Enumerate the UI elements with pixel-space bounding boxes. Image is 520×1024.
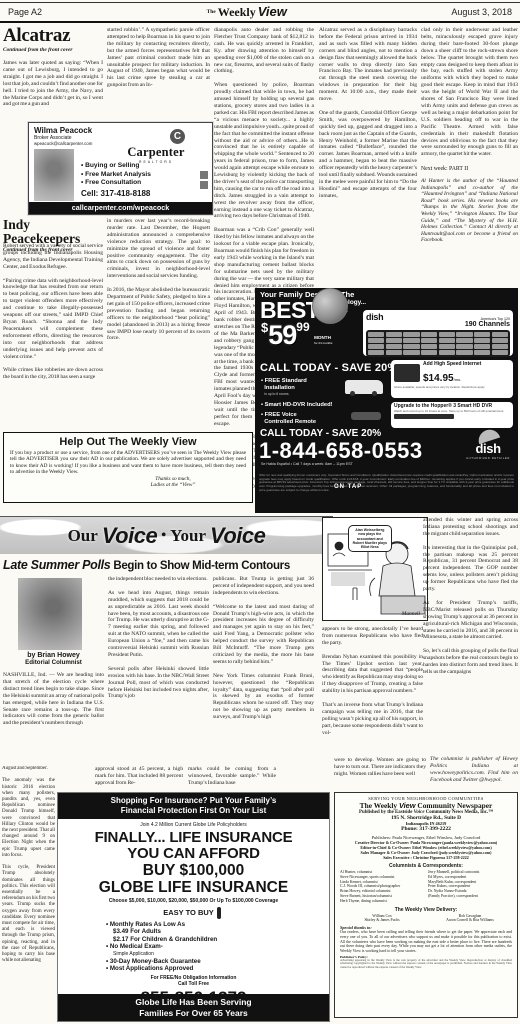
help-sig-line2: Ladies at the “View” <box>151 482 196 488</box>
columnists-heading: Columnists & Correspondents: <box>340 863 512 869</box>
dish-van-image <box>345 380 383 394</box>
delivery-list: William CoxShirley & James Fuchs Bob Gav… <box>340 914 512 924</box>
internet-offer-panel: Add High Speed Internet $14.95/mo. where… <box>391 360 513 398</box>
columnists-right: Jerry Mannell, political cartoonistEd My… <box>428 870 512 904</box>
alcatraz-continued-note: Continued from the front cover <box>3 47 103 53</box>
price-term-note: for 24 months <box>314 341 332 345</box>
alcatraz-headline: Alcatraz <box>3 26 103 46</box>
dish-feature-2: • Smart HD-DVR Included! <box>261 402 389 409</box>
dish-call-today-1: CALL TODAY - SAVE 20% <box>260 362 397 374</box>
globe-bullet-2b: Simple Application <box>106 951 281 958</box>
globe-bullet-2: • No Medical Exam- <box>106 943 281 950</box>
masthead-title: The Weekly View <box>207 4 287 20</box>
subhead-bold: Late Summer Polls <box>3 558 110 572</box>
carpenter-c-icon: C <box>170 129 185 144</box>
special-thanks-text: Our readers, who have been calling and t… <box>340 930 512 954</box>
alcatraz-next-week: Next week: PART II <box>421 166 468 172</box>
price-cents: 99 <box>296 320 309 334</box>
dish-logo-small: dish <box>366 312 383 322</box>
dish-tv-ad: Your Family Deserves The BEST Technology… <box>255 288 518 513</box>
delivery-right: Bob GavaghanAaron Cornell & Rita William… <box>428 914 512 924</box>
dish-wordmark: dish <box>466 441 510 456</box>
dish-hours-line: Se Habla Español • Call 7 days a week: 8… <box>261 462 353 466</box>
peacekeepers-headline: Indy Peacekeepers <box>3 218 105 246</box>
internet-note: where available; speeds and prices vary … <box>394 386 510 389</box>
editorial-colD: appears to be strong, anecdotally I’ve h… <box>322 626 423 763</box>
alcatraz-col2: started robbin’.” A sympathetic parole o… <box>107 27 210 120</box>
globe-bullet-4: • Most Applications Approved <box>106 965 281 972</box>
channel-logo-grid <box>366 330 510 357</box>
masthead-view: View <box>258 4 287 19</box>
globe-bullet-1c: $2.17 For Children & Grandchildren <box>106 936 281 943</box>
dish-best-text: BEST <box>260 299 319 321</box>
internet-price: $14.95 <box>423 373 454 384</box>
phone-receiver-icon <box>217 907 221 919</box>
page-number: Page A2 <box>8 7 42 17</box>
globe-buy-line: BUY $100,000GLOBE LIFE INSURANCE <box>58 862 329 896</box>
columnist-byline: by Brian Howey Editorial Columnist <box>3 652 104 666</box>
banner-dot: • <box>161 528 166 544</box>
agent-phone: Cell: 317-418-8188 <box>81 189 150 198</box>
editorial-strip-b: approval stood at 45 percent, a high mar… <box>95 766 183 790</box>
price-dollars: 59 <box>268 320 296 350</box>
carpenter-logo: C Carpenter REALTORS <box>110 129 202 164</box>
alcatraz-headline-block: Alcatraz Continued from the front cover <box>3 26 103 53</box>
globe-join-line: Join 4.2 Million Current Globe Life Poli… <box>58 822 329 828</box>
remote-control-image <box>351 412 381 420</box>
alcatraz-col4: Alcatraz served as a disciplinary barrac… <box>319 27 417 285</box>
cartoonist-signature: Mannell <box>402 611 420 617</box>
globe-bullet-1b: $3.49 For Adults <box>106 928 281 935</box>
equal-housing-icon <box>200 171 208 179</box>
price-month-label: MONTH <box>314 335 331 340</box>
editorial-strip-left: August and September. The anomaly was th… <box>2 766 55 1022</box>
ad-bullet-1: • Buying or Selling <box>81 162 151 171</box>
carpenter-wordmark: Carpenter <box>110 145 202 160</box>
banner-voice-1: Voice <box>102 523 157 549</box>
cartoon-speech-bubble: Alan Weisselberg now plays the accountan… <box>348 525 392 552</box>
columnist-photo <box>18 578 82 650</box>
editorial-colB: the independent bloc needed to win elect… <box>108 576 209 763</box>
alcatraz-col1: James was later quoted as saying: “When … <box>3 60 103 120</box>
agent-name: Wilma Peacock <box>34 126 92 135</box>
help-out-box: Help Out The Weekly View If you buy a pr… <box>3 432 253 503</box>
masthead-the: The <box>207 9 216 15</box>
peacekeepers-col2: in murders over last year’s record-break… <box>107 218 210 429</box>
globe-header-line2: Financial Protection First On Your List <box>121 806 267 815</box>
help-out-signature: Thanks so much, Ladies at the “View” <box>100 476 246 488</box>
paper-title-line: The Weekly View Community Newspaper <box>340 801 512 810</box>
globe-finally: FINALLY... LIFE INSURANCEYOU CAN AFFORD <box>58 830 329 862</box>
on-tap-label: ON TAP <box>334 484 362 490</box>
role-line-4: Sales Executive : Christine Figueroa 317… <box>340 855 512 860</box>
price-per-month: MONTH for 24 months <box>314 335 332 346</box>
globe-header-line1: Shopping For Insurance? Put Your Family’… <box>111 796 277 805</box>
globe-easy-to-buy: EASY TO BUY <box>58 907 329 919</box>
globe-header: Shopping For Insurance? Put Your Family’… <box>58 793 329 819</box>
publisher-policy-text: Advertising appearing in the Weekly View… <box>340 959 512 970</box>
alcatraz-col5: clad only in their underwear and leather… <box>421 27 518 161</box>
delivery-left: William CoxShirley & James Fuchs <box>340 914 424 924</box>
ad-bullets: • Buying or Selling • Free Market Analys… <box>81 162 151 188</box>
editorial-colC: publicans. But Trump is getting just 36 … <box>213 576 314 763</box>
editorial-colE: attended this winter and spring across I… <box>423 517 518 755</box>
tv-globe-image <box>312 288 348 324</box>
issue-date: August 3, 2018 <box>451 7 512 17</box>
globe-footer-line1: Globe Life Has Been Serving <box>135 997 251 1007</box>
ad-bullet-3: • Free Consultation <box>81 179 151 188</box>
editorial-colA: NASHVILLE, Ind. — We are heading into th… <box>3 672 104 763</box>
columnists-list: Al Hunter, columnistSteve Nicewanger, sp… <box>340 870 512 904</box>
globe-bullet-1: • Monthly Rates As Low As <box>106 921 281 928</box>
banner-our: Our <box>68 526 98 546</box>
channels-count-label: 190 Channels <box>465 321 510 328</box>
newspaper-page: Page A2 The Weekly View August 3, 2018 A… <box>0 0 520 1024</box>
page-header: Page A2 The Weekly View August 3, 2018 <box>0 2 520 23</box>
agent-website: callcarpenter.com/wpeacock <box>29 202 212 214</box>
globe-bullet-list: • Monthly Rates As Low As $3.49 For Adul… <box>106 921 281 973</box>
carpenter-realtor-ad: Wilma Peacock Broker Associate wpeacock@… <box>28 122 213 215</box>
realtor-r-icon <box>200 181 208 189</box>
globe-life-ad: Shopping For Insurance? Put Your Family’… <box>57 792 330 1022</box>
editorial-strip-c: marks could be coming from a winnowed, f… <box>188 766 276 790</box>
globe-free-info: For FREE/No Obligation InformationCall T… <box>58 975 329 987</box>
globe-footer-line2: Families For Over 65 Years <box>139 1008 248 1018</box>
ad-bullet-2: • Free Market Analysis <box>81 171 151 180</box>
subhead-rest: Begin to Show Mid-term Contours <box>110 560 290 572</box>
dish-channels-panel: dish America’s Top 120 190 Channels <box>363 310 513 356</box>
help-out-body: If you buy a product or use a service, f… <box>10 450 246 476</box>
delivery-heading: The Weekly View Delivery: <box>340 907 512 913</box>
byline-role: Editorial Columnist <box>3 659 104 666</box>
hopper-note: Watch and record up to 16 shows at once.… <box>394 410 510 413</box>
dish-price: $5999 MONTH for 24 months <box>261 320 332 351</box>
help-sig-line1: Thanks so much, <box>155 476 190 482</box>
phone-line: Phone: 317-399-2222 <box>340 826 512 832</box>
alcatraz-author-tagline: Al Hunter is the author of the “Haunted … <box>421 178 518 262</box>
agent-photo <box>34 149 74 201</box>
political-cartoon: Alan Weisselberg now plays the accountan… <box>322 517 428 621</box>
peacekeepers-col1: Robert served with a variety of social s… <box>3 243 103 429</box>
agent-email: wpeacock@callcarpenter.com <box>34 141 92 146</box>
dish-disclaimer: Offer for new and qualifying former cust… <box>259 474 514 510</box>
authorized-retailer-label: AUTHORIZED RETAILER <box>466 456 510 460</box>
columnists-left: Al Hunter, columnistSteve Nicewanger, sp… <box>340 870 424 904</box>
globe-bullet-3: • 30-Day Money-Back Guarantee <box>106 958 281 965</box>
dvr-image <box>394 414 454 419</box>
hopper-upgrade-panel: Upgrade to the Hopper® 3 Smart HD DVR Wa… <box>391 402 513 428</box>
our-voice-banner: Our Voice • Your Voice <box>0 516 333 554</box>
masthead-weekly: Weekly <box>218 5 256 20</box>
byline-name: by Brian Howey <box>3 652 104 659</box>
globe-footer: Globe Life Has Been Serving Families For… <box>58 994 329 1021</box>
banner-voice-2: Voice <box>210 523 265 549</box>
dish-logo-block: dish AUTHORIZED RETAILER <box>466 430 510 460</box>
realtor-cert-icons <box>200 171 208 189</box>
masthead-info-box: SERVING YOUR NEIGHBORHOOD COMMUNITIES Th… <box>334 792 518 1018</box>
editorial-strip-d: were to develop. Women are going to have… <box>334 757 426 787</box>
laptop-image <box>394 364 420 382</box>
dish-phone-number: 1-844-658-0553 <box>259 438 423 464</box>
internet-per-month: /mo. <box>454 377 462 382</box>
columnist-tagline: The columnist is publisher of Howey Poli… <box>430 756 518 788</box>
help-out-title: Help Out The Weekly View <box>10 436 246 448</box>
globe-choose-line: Choose $5,000, $10,000, $20,000, $50,000… <box>58 898 329 904</box>
banner-your: Your <box>170 526 206 546</box>
editorial-subhead: Late Summer Polls Begin to Show Mid-term… <box>3 556 333 574</box>
